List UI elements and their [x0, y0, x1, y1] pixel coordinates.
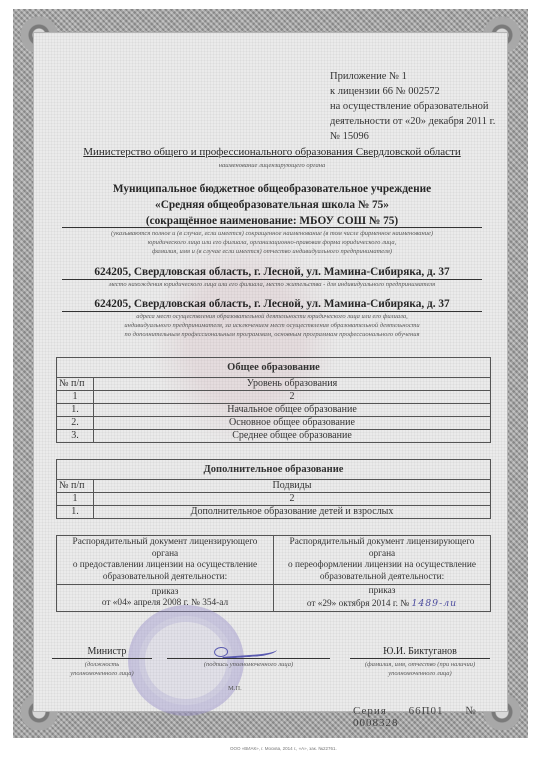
position-line: [52, 658, 152, 659]
caption-line: индивидуального предпринимателя, за искл…: [62, 321, 482, 330]
header-line: образовательной деятельности:: [60, 572, 270, 584]
organization-name-line1: Муниципальное бюджетное общеобразователь…: [62, 181, 482, 197]
form-series: Серия 66П01 № 0008328: [353, 705, 542, 729]
series-value: 66П01: [409, 705, 444, 717]
table-row: 2. Основное общее образование: [57, 417, 491, 430]
caption-line: адреса мест осуществления образовательно…: [62, 312, 482, 321]
row-number: 2.: [57, 417, 94, 430]
index-cell: 1: [57, 391, 94, 404]
additional-education-table: Дополнительное образование № п/п Подвиды…: [56, 459, 491, 519]
organization-caption: (указываются полное и (в случае, если им…: [62, 229, 482, 256]
name-line: [350, 658, 490, 659]
header-line: Распорядительный документ лицензирующего…: [60, 537, 270, 560]
column-header-number: № п/п: [57, 378, 94, 391]
row-number: 1.: [57, 506, 94, 519]
table-row: 1. Дополнительное образование детей и вз…: [57, 506, 491, 519]
number-label: №: [465, 705, 477, 717]
reissue-document-header: Распорядительный документ лицензирующего…: [274, 536, 491, 585]
number-value: 0008328: [353, 717, 399, 729]
caption-line: фамилия, имя и (в случае если имеется) о…: [62, 247, 482, 256]
reissue-document-value: приказ от «29» октября 2014 г. № 1489-ли: [274, 585, 491, 612]
column-header-number: № п/п: [57, 480, 94, 493]
index-cell: 1: [57, 493, 94, 506]
document-type: приказ: [277, 586, 487, 598]
header-line: о переоформлении лицензии на осуществлен…: [277, 560, 487, 572]
signatory-position: Министр: [62, 646, 152, 657]
caption-line: юридического лица или его филиала, орган…: [62, 238, 482, 247]
signatory-name: Ю.И. Биктуганов: [350, 646, 490, 657]
table-row: 3. Среднее общее образование: [57, 430, 491, 443]
seal-label: М.П.: [228, 685, 242, 692]
row-text: Начальное общее образование: [94, 404, 491, 417]
appendix-line: деятельности от «20» декабря 2011 г.: [330, 114, 495, 129]
general-education-table: Общее образование № п/п Уровень образова…: [56, 357, 491, 443]
legal-address-caption: место нахождения юридического лица или е…: [62, 280, 482, 289]
grant-document-header: Распорядительный документ лицензирующего…: [57, 536, 274, 585]
handwritten-order-number: 1489-ли: [411, 598, 457, 609]
legal-address: 624205, Свердловская область, г. Лесной,…: [62, 264, 482, 280]
header-line: образовательной деятельности:: [277, 572, 487, 584]
header-line: о предоставлении лицензии на осуществлен…: [60, 560, 270, 572]
column-header-subtype: Подвиды: [94, 480, 491, 493]
index-cell: 2: [94, 391, 491, 404]
column-header-level: Уровень образования: [94, 378, 491, 391]
row-text: Основное общее образование: [94, 417, 491, 430]
activity-address-caption: адреса мест осуществления образовательно…: [62, 312, 482, 339]
appendix-line: Приложение № 1: [330, 69, 495, 84]
divider: [62, 227, 482, 228]
document-date-number: от «29» октября 2014 г. № 1489-ли: [277, 598, 487, 611]
caption-line: (указываются полное и (в случае, если им…: [62, 229, 482, 238]
licensing-body-name: Министерство общего и профессионального …: [62, 146, 482, 158]
appendix-line: № 15096: [330, 129, 495, 144]
position-caption: (должность уполномоченного лица): [52, 660, 152, 678]
series-label: Серия: [353, 705, 387, 717]
caption-line: по дополнительным профессиональным прогр…: [62, 330, 482, 339]
row-text: Среднее общее образование: [94, 430, 491, 443]
row-text: Дополнительное образование детей и взрос…: [94, 506, 491, 519]
signature-line: [167, 658, 330, 659]
document-date: от «29» октября 2014 г. №: [307, 599, 409, 609]
printer-note: ООО «ВИАК», г. Москва, 2014 г., «А», зак…: [230, 746, 337, 751]
appendix-line: на осуществление образовательной: [330, 99, 495, 114]
name-caption: (фамилия, имя, отчество (при наличии) уп…: [350, 660, 490, 678]
appendix-line: к лицензии 66 № 002572: [330, 84, 495, 99]
row-number: 1.: [57, 404, 94, 417]
caption-line: уполномоченного лица): [350, 669, 490, 678]
caption-line: (фамилия, имя, отчество (при наличии): [350, 660, 490, 669]
index-cell: 2: [94, 493, 491, 506]
organization-name-line2: «Средняя общеобразовательная школа № 75»: [62, 197, 482, 213]
administrative-documents-table: Распорядительный документ лицензирующего…: [56, 535, 491, 612]
row-number: 3.: [57, 430, 94, 443]
signature-caption: (подпись уполномоченного лица): [167, 660, 330, 669]
caption-line: уполномоченного лица): [52, 669, 152, 678]
table-title: Общее образование: [57, 358, 491, 378]
licensing-body-caption: наименование лицензирующего органа: [62, 161, 482, 170]
table-row: 1. Начальное общее образование: [57, 404, 491, 417]
appendix-reference: Приложение № 1 к лицензии 66 № 002572 на…: [330, 69, 495, 144]
activity-address: 624205, Свердловская область, г. Лесной,…: [62, 296, 482, 312]
table-title: Дополнительное образование: [57, 460, 491, 480]
caption-line: (должность: [52, 660, 152, 669]
document-type: приказ: [60, 587, 270, 599]
header-line: Распорядительный документ лицензирующего…: [277, 537, 487, 560]
